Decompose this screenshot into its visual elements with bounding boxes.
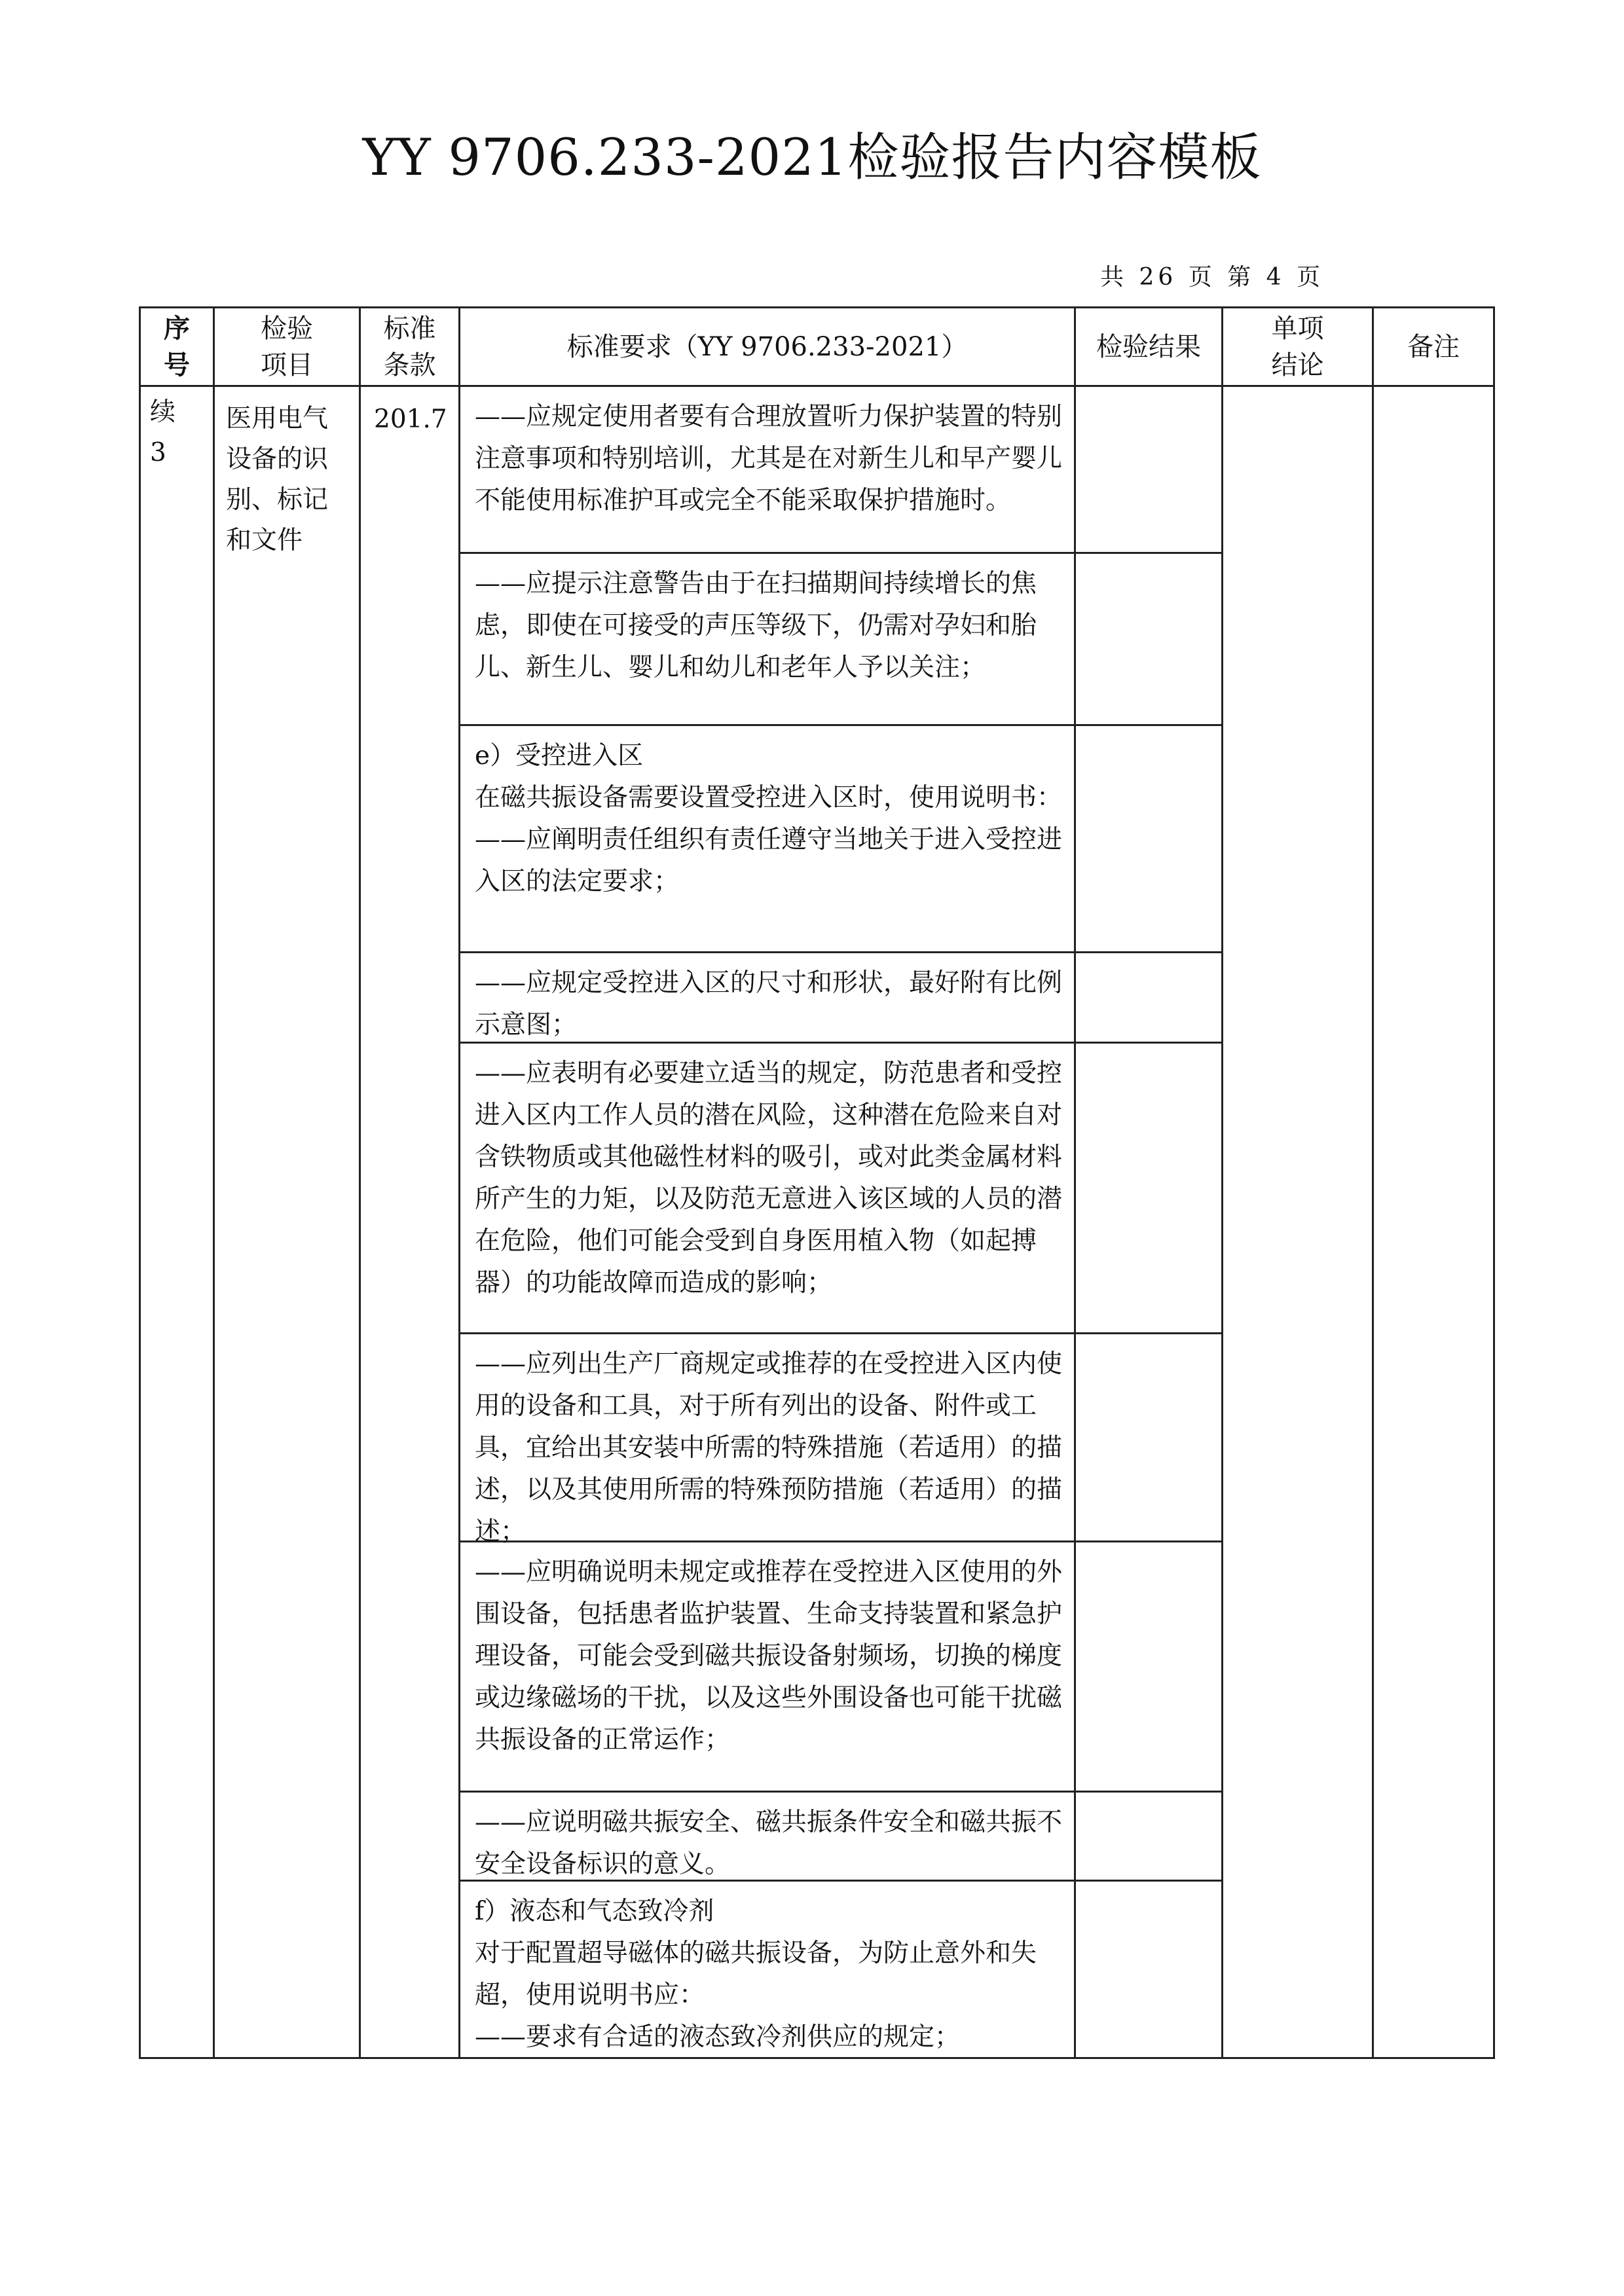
requirement-text: 对于配置超导磁体的磁共振设备，为防止意外和失超，使用说明书应： [475, 1933, 1062, 2016]
header-item: 检验项目 [215, 308, 359, 385]
page-info: 共 26 页 第 4 页 [1100, 259, 1324, 292]
result-cell[interactable] [1076, 953, 1221, 1042]
result-cell[interactable] [1076, 387, 1221, 552]
header-seq: 序号 [141, 308, 213, 385]
requirement-text: ——应明确说明未规定或推荐在受控进入区使用的外围设备，包括患者监护装置、生命支持… [475, 1552, 1062, 1761]
requirement-row: ——应列出生产厂商规定或推荐的在受控进入区内使用的设备和工具，对于所有列出的设备… [460, 1334, 1074, 1540]
document-title: YY 9706.233-2021检验报告内容模板 [0, 117, 1624, 190]
requirement-text: 在磁共振设备需要设置受控进入区时，使用说明书： [475, 777, 1062, 819]
inspection-table: 序号 检验项目 标准条款 标准要求（YY 9706.233-2021） 检验结果… [139, 306, 1495, 2059]
requirement-text: ——应提示注意警告由于在扫描期间持续增长的焦虑，即使在可接受的声压等级下，仍需对… [475, 563, 1062, 689]
result-cell[interactable] [1076, 1793, 1221, 1880]
header-clause: 标准条款 [361, 308, 458, 385]
requirement-row: ——应规定受控进入区的尺寸和形状，最好附有比例示意图； [460, 953, 1074, 1042]
result-cell[interactable] [1076, 1334, 1221, 1540]
result-cell[interactable] [1076, 726, 1221, 951]
requirement-row: f）液态和气态致冷剂 对于配置超导磁体的磁共振设备，为防止意外和失超，使用说明书… [460, 1882, 1074, 2057]
requirement-row: e）受控进入区 在磁共振设备需要设置受控进入区时，使用说明书： ——应阐明责任组… [460, 726, 1074, 951]
header-result: 检验结果 [1076, 308, 1221, 385]
requirement-text: ——应列出生产厂商规定或推荐的在受控进入区内使用的设备和工具，对于所有列出的设备… [475, 1343, 1062, 1553]
requirement-row: ——应明确说明未规定或推荐在受控进入区使用的外围设备，包括患者监护装置、生命支持… [460, 1542, 1074, 1791]
requirement-text: ——应表明有必要建立适当的规定，防范患者和受控进入区内工作人员的潜在风险，这种潜… [475, 1053, 1062, 1304]
section-heading-e: e）受控进入区 [475, 735, 1062, 777]
seq-cell: 续3 [150, 392, 189, 473]
column-divider [213, 308, 215, 2057]
requirement-text: ——应规定使用者要有合理放置听力保护装置的特别注意事项和特别培训，尤其是在对新生… [475, 396, 1062, 522]
item-cell: 医用电气设备的识别、标记和文件 [226, 399, 350, 561]
header-remark: 备注 [1374, 308, 1493, 385]
clause-cell: 201.7 [374, 399, 452, 440]
requirement-row: ——应提示注意警告由于在扫描期间持续增长的焦虑，即使在可接受的声压等级下，仍需对… [460, 554, 1074, 724]
conclusion-cell[interactable] [1223, 387, 1372, 2057]
requirement-row: ——应规定使用者要有合理放置听力保护装置的特别注意事项和特别培训，尤其是在对新生… [460, 387, 1074, 552]
section-heading-f: f）液态和气态致冷剂 [475, 1891, 1062, 1933]
column-divider [359, 308, 361, 2057]
result-cell[interactable] [1076, 1882, 1221, 2057]
result-cell[interactable] [1076, 1542, 1221, 1791]
requirement-text: ——应阐明责任组织有责任遵守当地关于进入受控进入区的法定要求； [475, 819, 1062, 903]
requirement-row: ——应说明磁共振安全、磁共振条件安全和磁共振不安全设备标识的意义。 [460, 1793, 1074, 1880]
result-cell[interactable] [1076, 554, 1221, 724]
remark-cell[interactable] [1374, 387, 1493, 2057]
requirement-text: ——应说明磁共振安全、磁共振条件安全和磁共振不安全设备标识的意义。 [475, 1802, 1062, 1886]
requirement-text: ——应规定受控进入区的尺寸和形状，最好附有比例示意图； [475, 962, 1062, 1046]
requirement-text: ——要求有合适的液态致冷剂供应的规定； [475, 2016, 1062, 2058]
header-requirement: 标准要求（YY 9706.233-2021） [460, 308, 1074, 385]
result-cell[interactable] [1076, 1044, 1221, 1332]
requirement-row: ——应表明有必要建立适当的规定，防范患者和受控进入区内工作人员的潜在风险，这种潜… [460, 1044, 1074, 1332]
header-conclusion: 单项结论 [1223, 308, 1372, 385]
